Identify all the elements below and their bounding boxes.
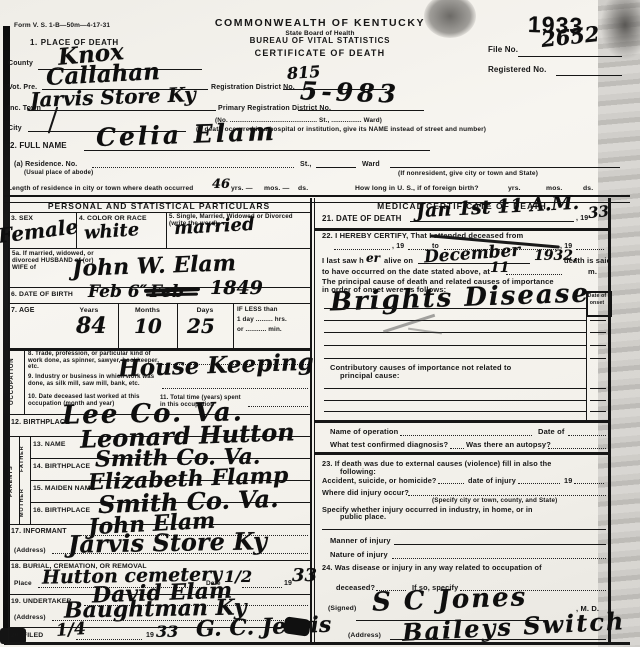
cause-line-1: [324, 308, 586, 309]
age-days-value: 25: [187, 314, 215, 338]
dod-label: 21. DATE OF DEATH: [322, 215, 402, 224]
certify-19a: , 19: [392, 243, 404, 251]
last-saw-pronoun: er: [366, 251, 380, 265]
registered-no-line: [556, 75, 622, 76]
dob-strike-mark-2: [146, 293, 198, 297]
informant-addr-label: (Address): [14, 547, 46, 554]
signed-label: (Signed): [328, 605, 356, 613]
town-value: Jarvis Store Ky: [30, 82, 197, 112]
operation-dotted: [400, 435, 532, 436]
length-ds: ds.: [298, 185, 308, 193]
last-saw-line: [418, 263, 530, 264]
dob-pre: Feb 6″: [88, 282, 147, 302]
manner-line: [394, 544, 606, 545]
district-label: Registration District No.: [211, 84, 295, 92]
foreign-label: How long in U. S., if of foreign birth?: [355, 185, 479, 193]
test-label: What test confirmed diagnosis?: [330, 441, 448, 449]
onset-line-4: [590, 358, 606, 359]
age-months-value: 10: [134, 314, 162, 338]
cause-line-4: [324, 345, 586, 346]
burial-place-label: Place: [14, 580, 32, 587]
age-years-value: 84: [76, 313, 107, 339]
contrib-line-2: [324, 400, 586, 401]
mother-bp-label: 16. BIRTHPLACE: [33, 507, 90, 515]
occurred-m: m.: [588, 268, 597, 276]
length-mos: mos. —: [264, 185, 289, 193]
onset-line-5: [590, 388, 606, 389]
contrib-line-3: [324, 411, 586, 412]
age-col-1: [118, 303, 119, 348]
mother-vertical-label: MOTHER: [19, 481, 29, 524]
dob-label: 6. DATE OF BIRTH: [11, 291, 73, 299]
filed-dotted: [76, 639, 142, 640]
commonwealth-title: COMMONWEALTH OF KENTUCKY: [150, 18, 490, 30]
age-col-3: [233, 303, 234, 348]
informant-label: 17. INFORMANT: [11, 528, 67, 536]
cause-bottom-rule: [314, 420, 608, 423]
last-saw-pre: I last saw h: [322, 257, 364, 265]
form-bottom-border: [4, 642, 630, 645]
parents-vertical-label: PARENTS: [8, 438, 18, 524]
undertaker-addr-label: (Address): [14, 614, 46, 621]
dod-19: , 19: [576, 215, 588, 223]
file-no-label: File No.: [488, 46, 518, 55]
certify-blank-1: [334, 249, 390, 250]
accident-label: Accident, suicide, or homicide?: [322, 477, 437, 485]
father-bp-label: 14. BIRTHPLACE: [33, 463, 90, 471]
manner-label: Manner of injury: [330, 537, 391, 545]
row-line-303: [8, 303, 310, 304]
primary-district-value: 5-983: [300, 76, 401, 108]
occurred-dotted: [506, 274, 562, 275]
form-left-border: [8, 198, 9, 645]
accident-dotted: [438, 483, 464, 484]
foreign-mos: mos.: [546, 185, 562, 193]
length-label: Length of residence in city or town wher…: [8, 185, 193, 192]
age-label: 7. AGE: [11, 307, 35, 315]
fullname-value: Celia Elam: [96, 117, 278, 152]
where-hint: (Specify city or town, county, and State…: [432, 497, 557, 504]
nature-label: Nature of injury: [330, 551, 388, 559]
test-bottom-rule: [314, 452, 608, 455]
file-no-line: [518, 56, 622, 57]
fullname-label: 2. FULL NAME: [10, 142, 67, 151]
onset-line-6: [590, 400, 606, 401]
registrar-signature: G. C. Jervis: [196, 612, 332, 643]
onset-line-1: [590, 320, 606, 321]
birthplace-label: 12. BIRTHPLACE: [11, 419, 70, 427]
contrib-line-1: [324, 388, 586, 389]
onset-line-7: [590, 411, 606, 412]
town-line: [30, 110, 216, 111]
filed-19: 19: [146, 632, 154, 640]
registered-no-label: Registered No.: [488, 66, 547, 75]
cell-line-b: [166, 212, 167, 248]
autopsy-dotted: [548, 448, 606, 449]
file-number-handwritten: 2652: [540, 21, 601, 52]
filed-label: 20. FILED: [11, 632, 43, 640]
dob-year: 1849: [210, 277, 263, 299]
father-name-label: 13. NAME: [33, 441, 66, 449]
if-less-3: or ........... min.: [237, 326, 282, 333]
dod-year-value: 33: [587, 202, 610, 222]
contributory-line-2: principal cause:: [340, 372, 400, 380]
age-col-2: [177, 303, 178, 348]
filed-date-value: 1/4: [55, 619, 86, 641]
occ9-value: House Keeping: [118, 349, 315, 383]
cause-line-2: [324, 320, 586, 321]
foreign-yrs: yrs.: [508, 185, 521, 193]
primary-district-label: Primary Registration District No.: [218, 105, 331, 113]
foreign-ds: ds.: [583, 185, 593, 193]
occurred-label: to have occurred on the date stated abov…: [322, 268, 490, 276]
county-label: County: [8, 60, 33, 68]
fullname-line: [84, 150, 430, 151]
length-yrs: yrs. —: [231, 185, 253, 193]
death-certificate-scan: Form V. S. 1-B—50m—4-17-31 1. PLACE OF D…: [0, 0, 640, 647]
injury-19: 19: [564, 477, 572, 485]
cause-line-3: [324, 332, 586, 333]
q24-deceased-label: deceased?: [336, 584, 375, 592]
st-label: St.,: [300, 161, 312, 169]
row-line-248: [8, 248, 310, 249]
nature-dotted: [392, 558, 606, 559]
row-line-560: [8, 560, 310, 561]
occ11-dotted: [248, 406, 308, 407]
injury-19-dotted: [574, 483, 604, 484]
residence-dotted: [92, 167, 294, 168]
marital-value: married: [174, 214, 256, 239]
where-label: Where did injury occur?: [322, 489, 409, 497]
undertaker-label: 19. UNDERTAKER: [11, 598, 72, 606]
city-label: City: [8, 125, 22, 133]
form-number: Form V. S. 1-B—50m—4-17-31: [14, 22, 110, 29]
residence-label: (a) Residence. No.: [14, 161, 77, 169]
scan-noise-right: [598, 0, 640, 647]
left-section-header: PERSONAL AND STATISTICAL PARTICULARS: [8, 202, 310, 212]
dod-line: [410, 221, 574, 222]
onset-line-3: [590, 345, 606, 346]
test-dotted: [450, 448, 464, 449]
physician-addr-label: (Address): [348, 632, 381, 640]
length-value: 46: [212, 177, 230, 192]
occupation-strip-line: [24, 348, 25, 414]
last-saw-said: death is said: [564, 257, 611, 265]
scan-smudge-corner: [600, 0, 640, 60]
operation-label: Name of operation: [330, 428, 398, 436]
bureau-subtitle: BUREAU OF VITAL STATISTICS: [150, 37, 490, 46]
burial-year-value: 33: [292, 565, 317, 586]
filed-year-value: 33: [156, 622, 178, 641]
onset-line-2: [590, 332, 606, 333]
blank-line-527: [322, 529, 606, 530]
occupation-vertical-label: OCCUPATION: [9, 350, 23, 412]
external-line-2: following:: [340, 468, 376, 476]
burial-19: 19: [284, 580, 292, 588]
abode-hint: (Usual place of abode): [24, 170, 93, 177]
father-vertical-label: FATHER: [19, 437, 29, 480]
ward-line: [390, 167, 620, 168]
primary-district-line: [298, 110, 424, 111]
certify-blank-4: [576, 249, 604, 250]
if-less-1: IF LESS than: [237, 306, 278, 313]
color-value: white: [83, 219, 140, 244]
specify-line-2: public place.: [340, 513, 386, 521]
injury-date-label: date of injury: [468, 477, 516, 485]
injury-date-dotted: [518, 483, 560, 484]
registrar-ink-blot: [283, 616, 311, 636]
if-less-2: 1 day ......... hrs.: [237, 316, 287, 323]
physician-addr-line: [390, 639, 606, 640]
certificate-title: CERTIFICATE OF DEATH: [150, 48, 490, 58]
operation-date-label: Date of: [538, 428, 564, 436]
operation-date-dotted: [568, 435, 606, 436]
last-saw-alive: alive on: [384, 257, 413, 265]
ward-label: Ward: [362, 161, 380, 169]
q24-line-1: 24. Was disease or injury in any way rel…: [322, 564, 542, 572]
occ9-dotted: [162, 388, 308, 389]
where-dotted: [408, 495, 606, 496]
informant-addr-value: Jarvis Store Ky: [68, 526, 267, 558]
mother-name-label: 15. MAIDEN NAME: [33, 485, 95, 493]
cause-line-5: [324, 358, 586, 359]
autopsy-label: Was there an autopsy?: [466, 441, 551, 449]
burial-date-dotted: [242, 587, 282, 588]
onset-column-divider: [586, 291, 587, 420]
faint-pen-mark-2: [408, 328, 442, 335]
st-line: [316, 167, 356, 168]
nonresident-hint: (If nonresident, give city or town and S…: [398, 170, 538, 177]
